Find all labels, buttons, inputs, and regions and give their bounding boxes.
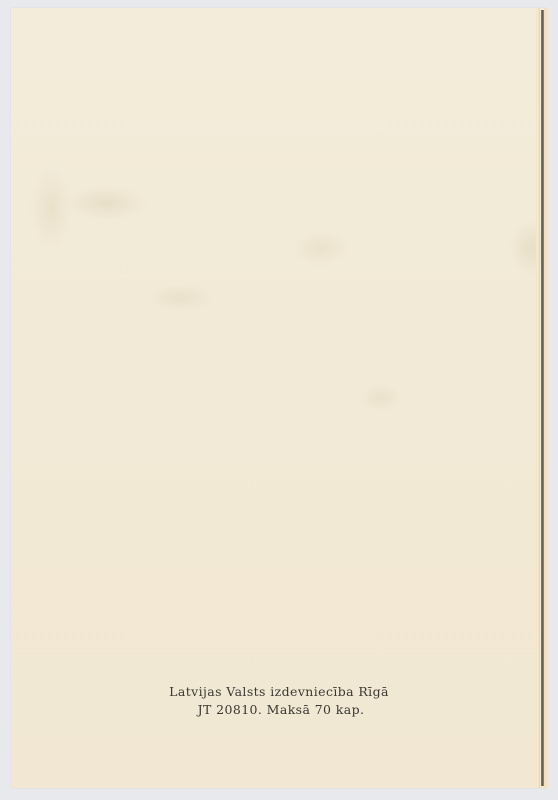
spine-outer-edge	[544, 8, 550, 788]
spine-fold	[536, 8, 540, 788]
catalog-price-line: JT 20810. Maksā 70 kap.	[0, 701, 558, 719]
publisher-line: Latvijas Valsts izdevniecība Rīgā	[0, 683, 558, 701]
publisher-imprint: Latvijas Valsts izdevniecība Rīgā JT 208…	[0, 683, 558, 719]
back-cover-page	[11, 8, 547, 788]
